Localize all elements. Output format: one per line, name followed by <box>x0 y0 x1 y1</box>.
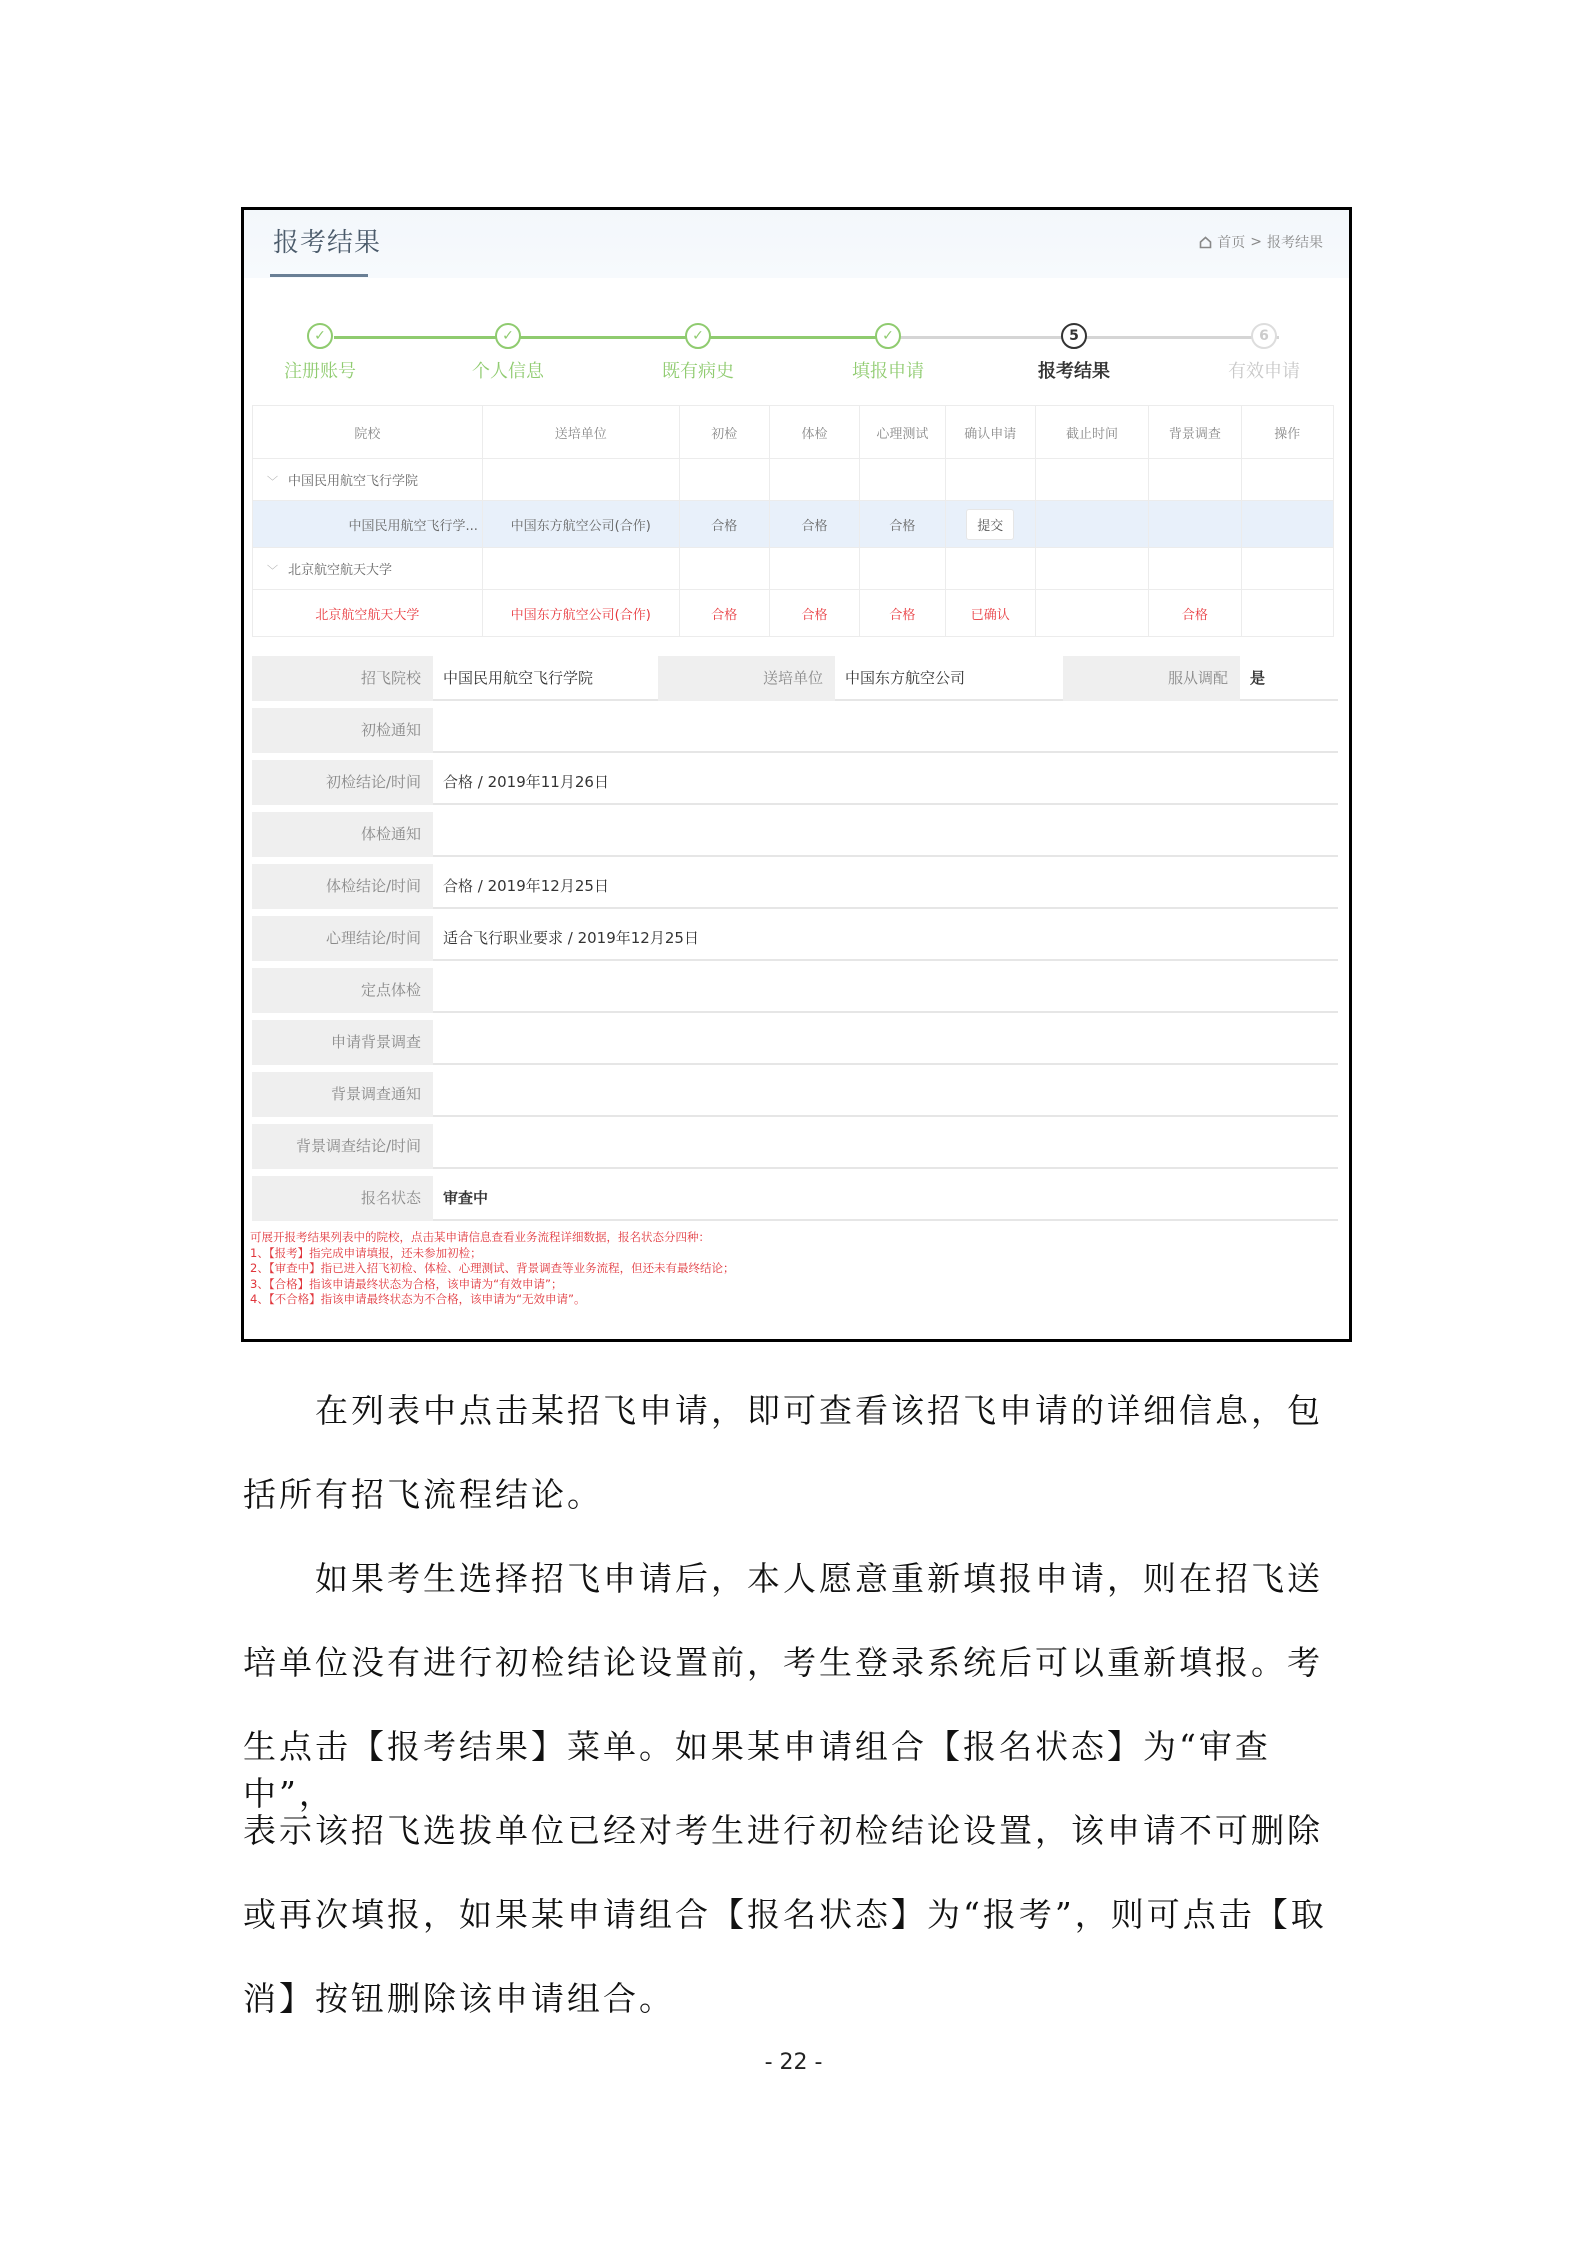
label-obey-allocation: 服从调配 <box>1063 656 1240 701</box>
status-notes: 可展开报考结果列表中的院校，点击某申请信息查看业务流程详细数据，报名状态分四种：… <box>250 1230 735 1308</box>
detail-row: 初检通知 <box>252 708 1338 753</box>
step-number-icon: 5 <box>1061 323 1087 349</box>
breadcrumb-separator: > <box>1250 234 1262 250</box>
col-physical: 体检 <box>769 406 859 459</box>
value-school: 中国民用航空飞行学院 <box>433 656 658 701</box>
detail-row-status: 报名状态 审查中 <box>252 1176 1338 1221</box>
group-row[interactable]: ﹀北京航空航天大学 <box>253 548 1334 590</box>
paragraph-2-line: 生点击【报考结果】菜单。如果某申请组合【报名状态】为“审查中”， <box>243 1721 1353 1815</box>
detail-label: 初检通知 <box>252 708 433 753</box>
step-number-icon: 6 <box>1251 323 1277 349</box>
detail-row: 申请背景调查 <box>252 1020 1338 1065</box>
col-background: 背景调查 <box>1149 406 1241 459</box>
detail-label: 体检通知 <box>252 812 433 857</box>
col-school: 院校 <box>253 406 483 459</box>
title-underline <box>270 274 368 277</box>
col-deadline: 截止时间 <box>1035 406 1148 459</box>
group-name: 中国民用航空飞行学院 <box>288 474 418 489</box>
label-unit: 送培单位 <box>658 656 835 701</box>
step-exam-result: 5 报考结果 <box>1004 323 1144 383</box>
results-table: 院校 送培单位 初检 体检 心理测试 确认申请 截止时间 背景调查 操作 ﹀中国… <box>252 405 1334 637</box>
detail-value <box>433 968 1338 1013</box>
note-line: 4、【不合格】指该申请最终状态为不合格，该申请为“无效申请”。 <box>250 1292 735 1308</box>
home-icon[interactable] <box>1199 236 1212 249</box>
value-unit: 中国东方航空公司 <box>835 656 1063 701</box>
detail-value <box>433 708 1338 753</box>
value-obey-allocation: 是 <box>1240 656 1338 701</box>
submit-button[interactable]: 提交 <box>966 509 1014 540</box>
cell-action <box>1241 501 1333 548</box>
paragraph-1-line: 在列表中点击某招飞申请，即可查看该招飞申请的详细信息，包 <box>243 1385 1353 1432</box>
detail-value: 适合飞行职业要求 / 2019年12月25日 <box>433 916 1338 961</box>
col-psych: 心理测试 <box>860 406 945 459</box>
cell-school: 中国民用航空飞行学... <box>253 501 483 548</box>
breadcrumb: 首页 > 报考结果 <box>1199 232 1323 252</box>
detail-row: 背景调查结论/时间 <box>252 1124 1338 1169</box>
col-action: 操作 <box>1241 406 1333 459</box>
cell-confirm: 提交 <box>945 501 1035 548</box>
cell-deadline <box>1035 501 1148 548</box>
step-label: 报考结果 <box>1004 357 1144 383</box>
paragraph-2-line: 培单位没有进行初检结论设置前，考生登录系统后可以重新填报。考 <box>243 1637 1353 1684</box>
col-confirm: 确认申请 <box>945 406 1035 459</box>
paragraph-2-line: 或再次填报，如果某申请组合【报名状态】为“报考”，则可点击【取 <box>243 1889 1353 1936</box>
detail-label: 体检结论/时间 <box>252 864 433 909</box>
detail-row-top: 招飞院校 中国民用航空飞行学院 送培单位 中国东方航空公司 服从调配 是 <box>252 656 1338 701</box>
chevron-down-icon[interactable]: ﹀ <box>267 473 278 489</box>
page-title: 报考结果 <box>273 222 381 259</box>
detail-row: 心理结论/时间 适合飞行职业要求 / 2019年12月25日 <box>252 916 1338 961</box>
cell-psych: 合格 <box>860 590 945 637</box>
step-personal-info: ✓ 个人信息 <box>438 323 578 383</box>
step-label: 填报申请 <box>818 357 958 383</box>
detail-value: 合格 / 2019年11月26日 <box>433 760 1338 805</box>
detail-label: 背景调查通知 <box>252 1072 433 1117</box>
progress-line-done <box>334 336 894 339</box>
cell-action <box>1241 590 1333 637</box>
cell-background: 合格 <box>1149 590 1241 637</box>
note-line: 3、【合格】指该申请最终状态为合格，该申请为“有效申请”； <box>250 1277 735 1293</box>
status-value: 审查中 <box>433 1176 1338 1221</box>
step-label: 注册账号 <box>250 357 390 383</box>
check-icon: ✓ <box>495 323 521 349</box>
detail-row: 定点体检 <box>252 968 1338 1013</box>
step-register-account: ✓ 注册账号 <box>250 323 390 383</box>
detail-value <box>433 1072 1338 1117</box>
step-fill-application: ✓ 填报申请 <box>818 323 958 383</box>
cell-confirm: 已确认 <box>945 590 1035 637</box>
note-line: 可展开报考结果列表中的院校，点击某申请信息查看业务流程详细数据，报名状态分四种： <box>250 1230 735 1246</box>
col-initial: 初检 <box>679 406 769 459</box>
breadcrumb-home[interactable]: 首页 <box>1217 232 1245 252</box>
detail-row: 体检结论/时间 合格 / 2019年12月25日 <box>252 864 1338 909</box>
group-row[interactable]: ﹀中国民用航空飞行学院 <box>253 459 1334 501</box>
note-line: 1、【报考】指完成申请填报，还未参加初检； <box>250 1246 735 1262</box>
cell-psych: 合格 <box>860 501 945 548</box>
step-label: 个人信息 <box>438 357 578 383</box>
detail-label: 申请背景调查 <box>252 1020 433 1065</box>
page-number: - 22 - <box>0 2050 1587 2075</box>
detail-value: 合格 / 2019年12月25日 <box>433 864 1338 909</box>
screenshot-frame: 报考结果 首页 > 报考结果 ✓ 注册账号 ✓ 个人信息 ✓ 既有病史 ✓ 填报… <box>241 207 1352 1342</box>
detail-label: 定点体检 <box>252 968 433 1013</box>
paragraph-1-line: 括所有招飞流程结论。 <box>243 1469 1353 1516</box>
detail-row: 背景调查通知 <box>252 1072 1338 1117</box>
check-icon: ✓ <box>875 323 901 349</box>
cell-initial: 合格 <box>679 590 769 637</box>
page-header: 报考结果 首页 > 报考结果 <box>244 210 1349 278</box>
detail-label: 报名状态 <box>252 1176 433 1221</box>
chevron-down-icon[interactable]: ﹀ <box>267 562 278 578</box>
paragraph-2-line: 表示该招飞选拔单位已经对考生进行初检结论设置，该申请不可删除 <box>243 1805 1353 1852</box>
step-medical-history: ✓ 既有病史 <box>628 323 768 383</box>
step-label: 既有病史 <box>628 357 768 383</box>
cell-physical: 合格 <box>769 590 859 637</box>
cell-school: 北京航空航天大学 <box>253 590 483 637</box>
detail-value <box>433 1020 1338 1065</box>
check-icon: ✓ <box>685 323 711 349</box>
table-row[interactable]: 中国民用航空飞行学... 中国东方航空公司(合作) 合格 合格 合格 提交 <box>253 501 1334 548</box>
detail-label: 初检结论/时间 <box>252 760 433 805</box>
col-unit: 送培单位 <box>482 406 679 459</box>
table-row[interactable]: 北京航空航天大学 中国东方航空公司(合作) 合格 合格 合格 已确认 合格 <box>253 590 1334 637</box>
paragraph-2-line: 消】按钮删除该申请组合。 <box>243 1973 1353 2020</box>
group-name: 北京航空航天大学 <box>288 563 392 578</box>
detail-value <box>433 812 1338 857</box>
note-line: 2、【审查中】指已进入招飞初检、体检、心理测试、背景调查等业务流程，但还未有最终… <box>250 1261 735 1277</box>
step-valid-application: 6 有效申请 <box>1194 323 1334 383</box>
detail-label: 背景调查结论/时间 <box>252 1124 433 1169</box>
cell-deadline <box>1035 590 1148 637</box>
check-icon: ✓ <box>307 323 333 349</box>
step-label: 有效申请 <box>1194 357 1334 383</box>
cell-unit: 中国东方航空公司(合作) <box>482 501 679 548</box>
paragraph-2-line: 如果考生选择招飞申请后，本人愿意重新填报申请，则在招飞送 <box>243 1553 1353 1600</box>
detail-row: 体检通知 <box>252 812 1338 857</box>
cell-physical: 合格 <box>769 501 859 548</box>
cell-unit: 中国东方航空公司(合作) <box>482 590 679 637</box>
table-header-row: 院校 送培单位 初检 体检 心理测试 确认申请 截止时间 背景调查 操作 <box>253 406 1334 459</box>
label-school: 招飞院校 <box>252 656 433 701</box>
breadcrumb-current: 报考结果 <box>1267 232 1323 252</box>
detail-label: 心理结论/时间 <box>252 916 433 961</box>
detail-value <box>433 1124 1338 1169</box>
detail-row: 初检结论/时间 合格 / 2019年11月26日 <box>252 760 1338 805</box>
cell-background <box>1149 501 1241 548</box>
cell-initial: 合格 <box>679 501 769 548</box>
